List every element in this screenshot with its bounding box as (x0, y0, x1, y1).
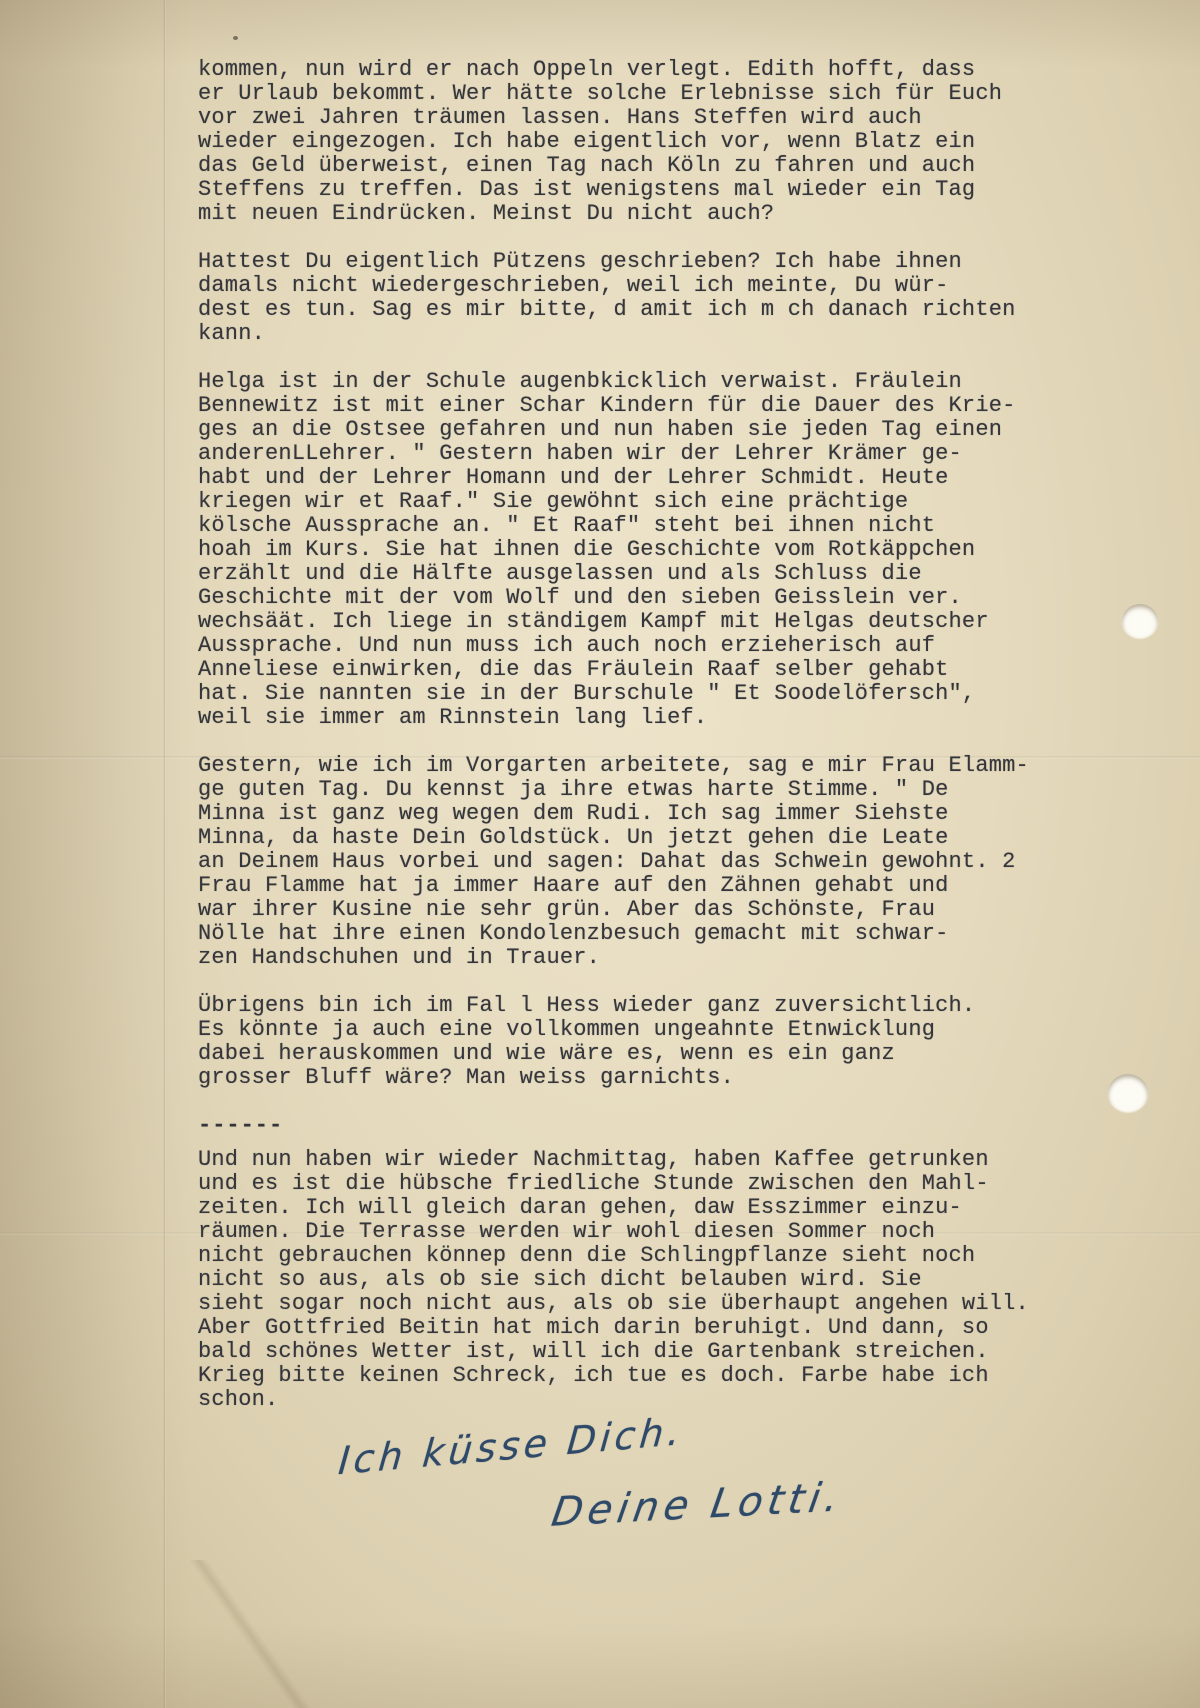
ink-speck (233, 36, 238, 40)
punch-hole-bottom (1108, 1074, 1148, 1112)
letter-paragraph-4: Gestern, wie ich im Vorgarten arbeitete,… (198, 754, 1078, 970)
vertical-crease (163, 0, 166, 1708)
letter-paragraph-3: Helga ist in der Schule augenbkicklich v… (198, 370, 1078, 730)
letter-paragraph-1: kommen, nun wird er nach Oppeln verlegt.… (198, 58, 1078, 226)
separator-dashes: ------ (198, 1114, 1078, 1138)
letter-paragraph-6: Und nun haben wir wieder Nachmittag, hab… (198, 1148, 1078, 1412)
signature-name: Deine Lotti. (549, 1474, 847, 1536)
letter-body: kommen, nun wird er nach Oppeln verlegt.… (198, 58, 1078, 1436)
corner-crease (140, 1560, 360, 1708)
letter-paragraph-2: Hattest Du eigentlich Pützens geschriebe… (198, 250, 1078, 346)
letter-paragraph-5: Übrigens bin ich im Fal l Hess wieder ga… (198, 994, 1078, 1090)
punch-hole-top (1122, 604, 1158, 638)
letter-page: kommen, nun wird er nach Oppeln verlegt.… (0, 0, 1200, 1708)
